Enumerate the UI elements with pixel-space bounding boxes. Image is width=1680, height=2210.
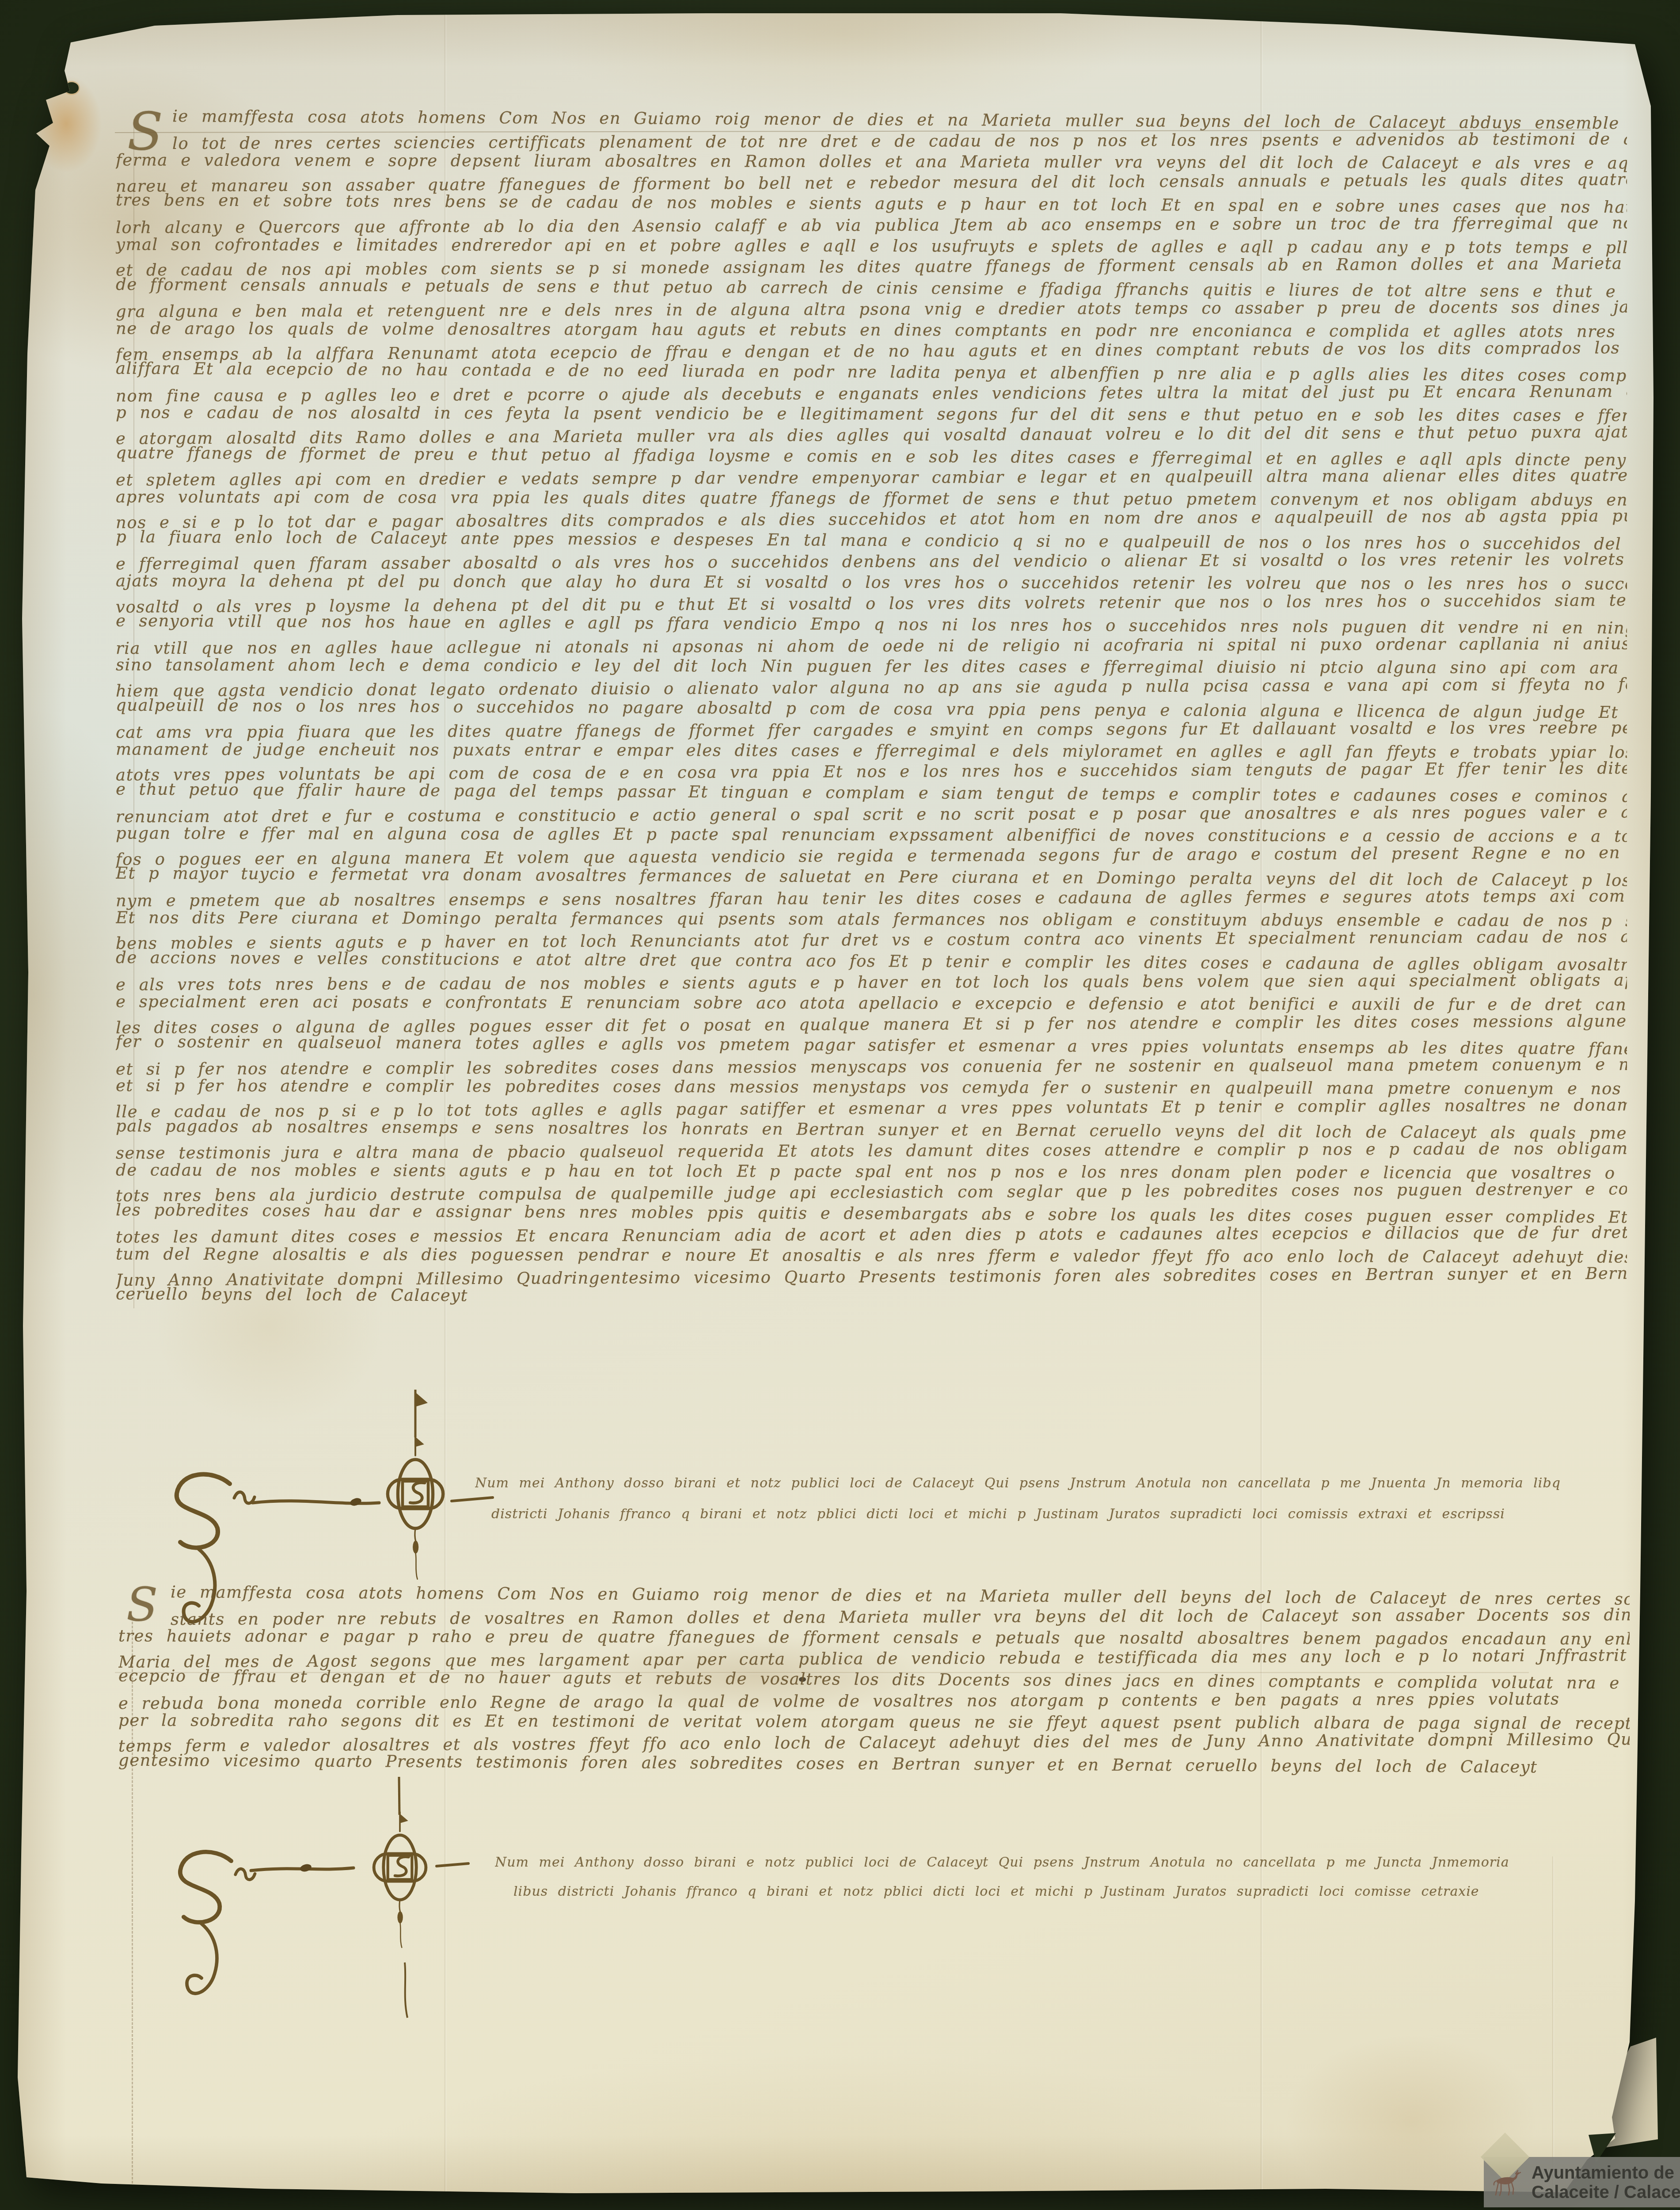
manuscript-line: gentesimo vicesimo quarto Presents testi… — [118, 1749, 1630, 1778]
manuscript-block-primary: ie mamffesta cosa atots homens Com Nos e… — [116, 109, 1627, 1316]
watermark-text-line1: Ayuntamiento de — [1532, 2163, 1680, 2183]
scanned-document-page: S S ie mamffesta cosa atots homens Com N… — [0, 0, 1680, 2210]
notary-attestation-line: Num mei Anthony dosso birani et notz pub… — [475, 1475, 1624, 1491]
watermark-text-line2: Calaceite / Calaceit — [1532, 2183, 1680, 2202]
parchment-sheet: S S ie mamffesta cosa atots homens Com N… — [0, 0, 1680, 2210]
parchment-wrap: S S ie mamffesta cosa atots homens Com N… — [0, 0, 1680, 2210]
iberian-animal-icon — [1486, 2163, 1524, 2201]
notary-attestation-line: libus districti Johanis ffranco q birani… — [513, 1884, 1486, 1899]
edge-damage-stain — [31, 75, 102, 172]
manuscript-block-secondary: ie mamffesta cosa atots homens Com Nos e… — [118, 1585, 1630, 1784]
notary-attestation-line: districti Johanis ffranco q birani et no… — [491, 1506, 1605, 1522]
archive-watermark-band: Ayuntamiento de Calaceite / Calaceit — [1484, 2157, 1680, 2207]
manuscript-line: ceruello beyns del loch de Calaceyt — [116, 1284, 1627, 1312]
notarial-signum-icon — [133, 1777, 530, 2060]
notary-attestation-line: Num mei Anthony dosso birani e notz publ… — [495, 1855, 1591, 1870]
parchment-hole — [65, 82, 79, 94]
